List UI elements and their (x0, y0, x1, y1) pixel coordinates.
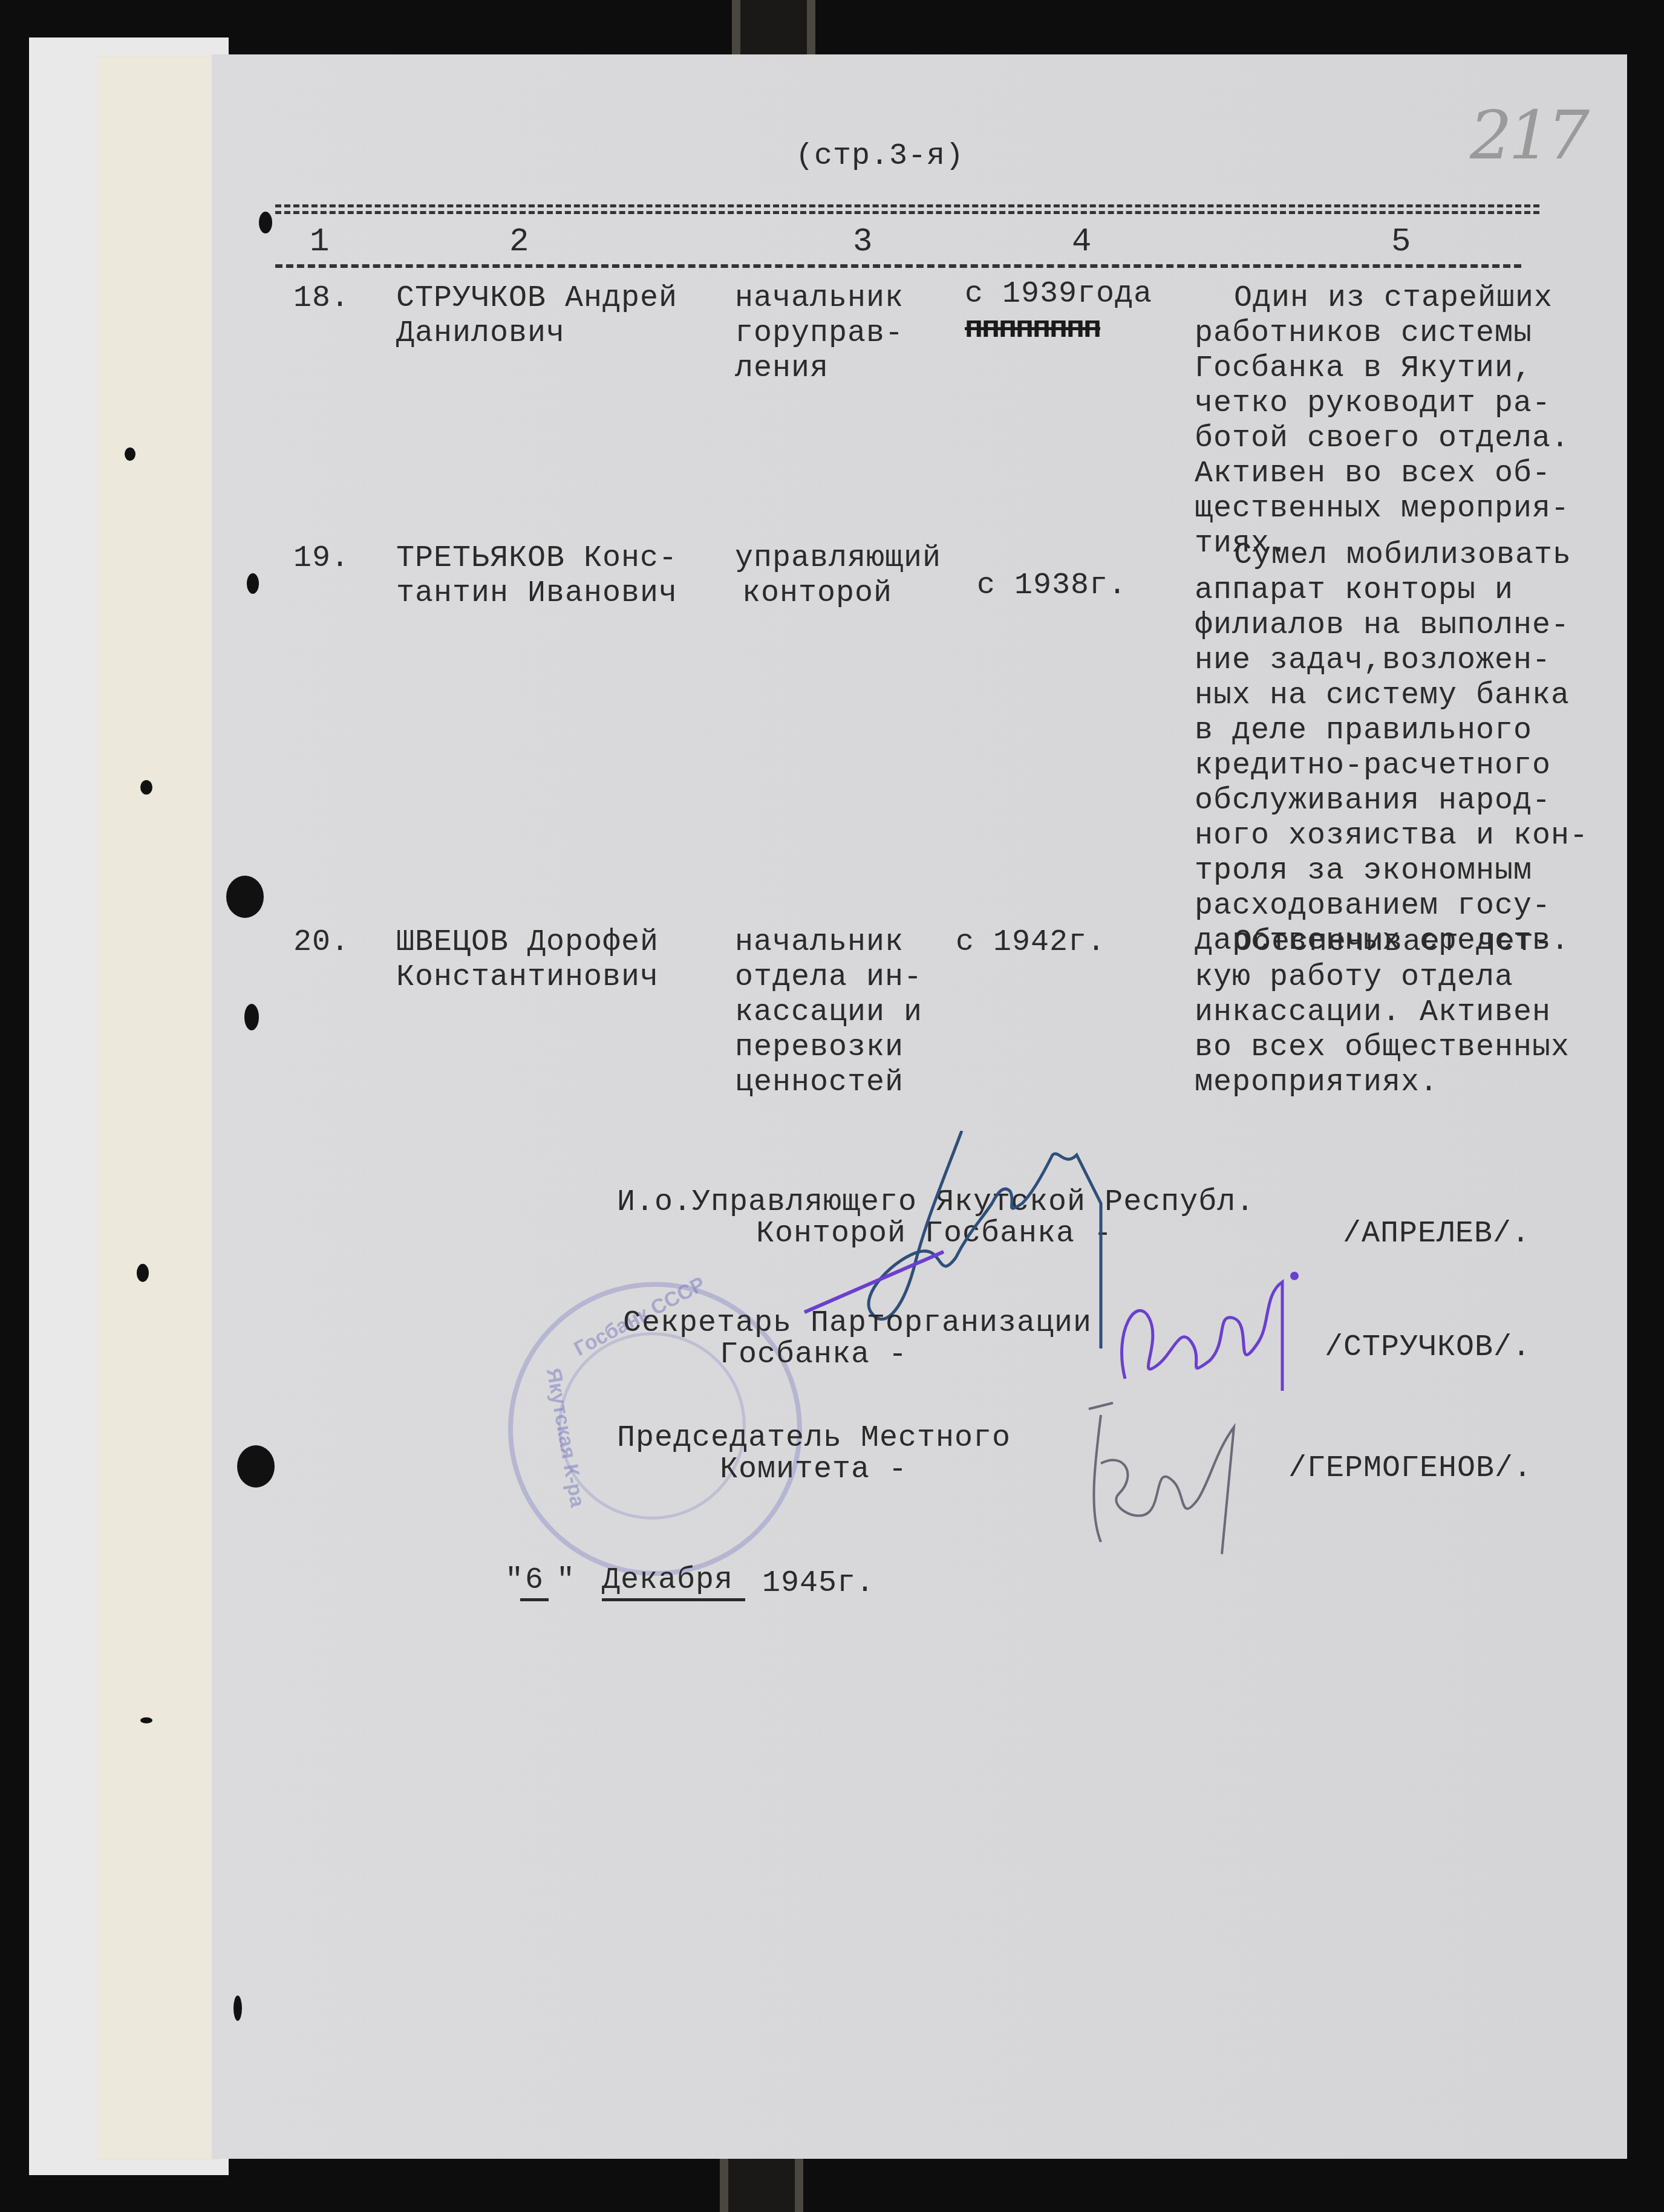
employee-position: начальник отдела ин- кассации и перевозк… (735, 925, 922, 1101)
employee-notes: Один из старейших работников системы Гос… (1195, 281, 1570, 562)
signatory-name: /СТРУЧКОВ/. (1325, 1330, 1531, 1365)
notes-line: ных на систему банка (1195, 678, 1588, 714)
row-number: 19. (293, 541, 350, 576)
position-line: перевозки (735, 1030, 922, 1065)
notes-line: работников системы (1195, 316, 1570, 351)
notes-line: четко руководит ра- (1195, 386, 1570, 421)
column-number-3: 3 (853, 224, 872, 261)
notes-line: ного хозяиства и кон- (1195, 819, 1588, 854)
employee-notes: Обеспечивает чет- кую работу отдела инка… (1195, 925, 1570, 1101)
notes-line: аппарат конторы и (1195, 573, 1588, 608)
table-top-rule (275, 204, 1539, 214)
binding-stub (97, 56, 218, 2160)
employee-position: начальник горуправ- ления (735, 281, 904, 386)
notes-line: обслуживания народ- (1195, 784, 1588, 819)
notes-line: Один из старейших (1195, 281, 1570, 316)
name-line: ШВЕЦОВ Дорофей (396, 925, 659, 960)
employment-since: с 1939года пппппппп (965, 277, 1152, 347)
column-number-1: 1 (310, 224, 329, 261)
notes-line: инкассации. Активен (1195, 995, 1570, 1030)
position-line: управляющий (735, 541, 941, 576)
date-year: 1945г. (762, 1566, 875, 1601)
binding-hole (140, 1717, 152, 1723)
notes-line: Сумел мобилизовать (1195, 538, 1588, 573)
date-month: Декабря (602, 1563, 745, 1601)
signatory-title: Секретарь Парторганизации (623, 1306, 1092, 1341)
binder-strip-top (732, 0, 815, 54)
notes-line: ботой своего отдела. (1195, 421, 1570, 457)
name-line: тантин Иванович (396, 576, 677, 611)
binding-hole (140, 780, 152, 795)
employee-notes: Сумел мобилизовать аппарат конторы и фил… (1195, 538, 1588, 959)
notes-line: филиалов на выполне- (1195, 608, 1588, 643)
column-number-4: 4 (1072, 224, 1091, 261)
notes-line: в деле правильного (1195, 714, 1588, 749)
position-line: начальник (735, 281, 904, 316)
position-line: ценностей (735, 1065, 922, 1101)
notes-line: во всех общественных (1195, 1030, 1570, 1065)
notes-line: ние задач,возложен- (1195, 643, 1588, 678)
binding-hole (137, 1264, 149, 1282)
position-line: начальник (735, 925, 922, 960)
employee-name: ТРЕТЬЯКОВ Конс- тантин Иванович (396, 541, 677, 611)
name-line: ТРЕТЬЯКОВ Конс- (396, 541, 677, 576)
position-line: отдела ин- (735, 960, 922, 995)
archive-page-number: 217 (1470, 97, 1586, 174)
binding-hole (247, 573, 259, 594)
table-header-rule (275, 264, 1521, 268)
employment-since: с 1942г. (956, 925, 1106, 960)
since-text: с 1939года (965, 277, 1152, 312)
page-header: (стр.3-я) (795, 139, 964, 174)
row-number: 18. (293, 281, 350, 316)
notes-line: Активен во всех об- (1195, 457, 1570, 492)
binder-strip-bottom (720, 2159, 803, 2212)
notes-line: Обеспечивает чет- (1195, 925, 1570, 960)
row-number: 20. (293, 925, 350, 960)
binding-hole (244, 1004, 259, 1030)
notes-line: кредитно-расчетного (1195, 749, 1588, 784)
signatory-title: Комитета - (720, 1452, 907, 1488)
employee-name: ШВЕЦОВ Дорофей Константинович (396, 925, 659, 995)
notes-line: кую работу отдела (1195, 960, 1570, 995)
notes-line: мероприятиях. (1195, 1065, 1570, 1101)
binding-hole (226, 876, 264, 918)
name-line: Константинович (396, 960, 659, 995)
column-number-5: 5 (1391, 224, 1411, 261)
date-day: 6 (520, 1563, 549, 1601)
employment-since: с 1938г. (977, 568, 1127, 603)
notes-line: троля за экономным (1195, 854, 1588, 889)
name-line: СТРУЧКОВ Андрей (396, 281, 677, 316)
binding-hole (233, 1996, 242, 2021)
signatory-name: /ГЕРМОГЕНОВ/. (1288, 1451, 1532, 1486)
notes-line: расходованием госу- (1195, 889, 1588, 924)
signatory-title: Госбанка - (720, 1338, 907, 1373)
position-line: ления (735, 351, 904, 386)
employee-name: СТРУЧКОВ Андрей Данилович (396, 281, 677, 351)
column-number-2: 2 (509, 224, 529, 261)
position-line: горуправ- (735, 316, 904, 351)
name-line: Данилович (396, 316, 677, 351)
struck-out-text: пппппппп (965, 312, 1152, 347)
notes-line: щественных мероприя- (1195, 492, 1570, 527)
signatory-title: Председатель Местного (617, 1421, 1011, 1456)
handwritten-signature (1077, 1391, 1270, 1560)
position-line: конторой (735, 576, 941, 611)
binding-hole (259, 212, 272, 233)
notes-line: Госбанка в Якутии, (1195, 351, 1570, 386)
date-close-quote: " (556, 1563, 575, 1598)
position-line: кассации и (735, 995, 922, 1030)
binding-hole (237, 1445, 275, 1488)
employee-position: управляющий конторой (735, 541, 941, 611)
binding-hole (125, 447, 135, 461)
